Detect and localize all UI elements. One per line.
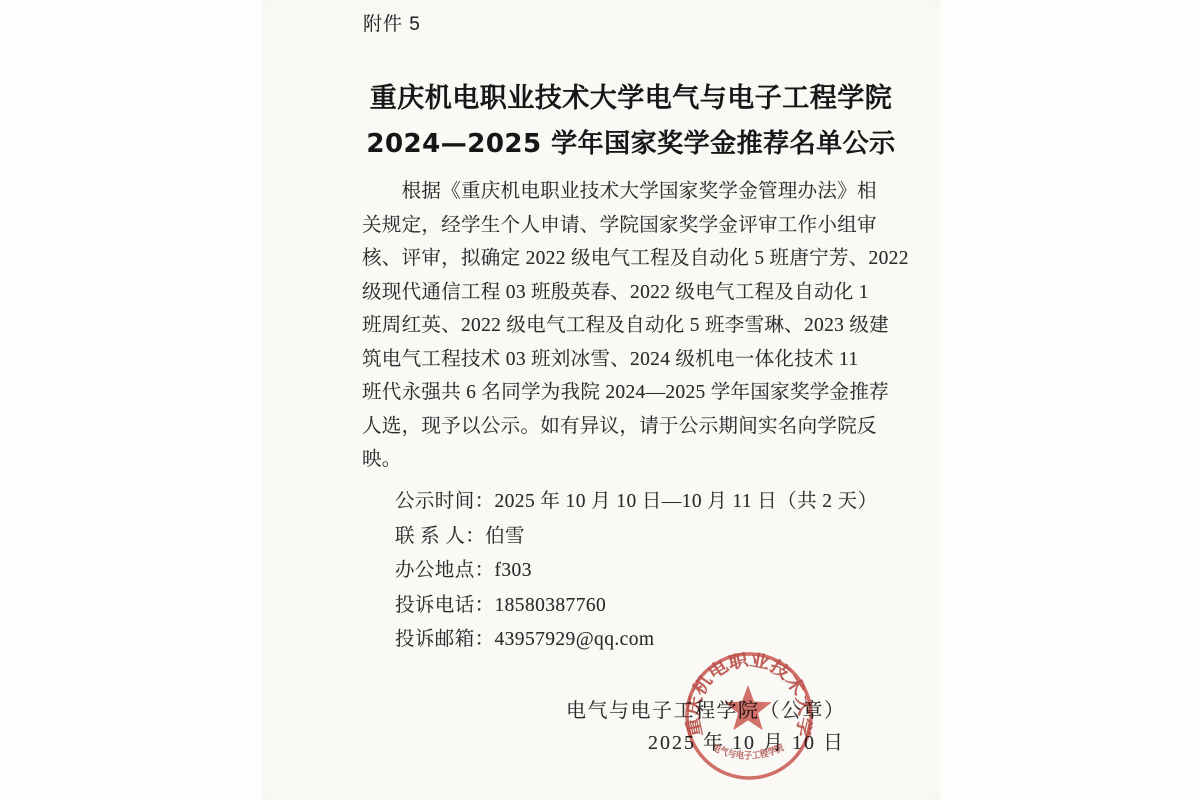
scanned-document-page: 附件 5 重庆机电职业技术大学电气与电子工程学院 2024—2025 学年国家奖… xyxy=(0,0,1200,800)
body-line: 筑电气工程技术 03 班刘冰雪、2024 级机电一体化技术 11 xyxy=(362,343,887,377)
body-line: 核、评审，拟确定 2022 级电气工程及自动化 5 班唐宁芳、2022 xyxy=(362,242,887,276)
body-line: 根据《重庆机电职业技术大学国家奖学金管理办法》相 xyxy=(362,175,887,209)
body-line: 级现代通信工程 03 班殷英春、2022 级电气工程及自动化 1 xyxy=(362,276,887,310)
attachment-label: 附件 5 xyxy=(363,9,421,36)
title-line-1: 重庆机电职业技术大学电气与电子工程学院 xyxy=(286,76,976,115)
title-line-2: 2024—2025 学年国家奖学金推荐名单公示 xyxy=(286,123,976,160)
body-line: 关规定，经学生个人申请、学院国家奖学金评审工作小组审 xyxy=(362,209,887,243)
body-line: 班代永强共 6 名同学为我院 2024—2025 学年国家奖学金推荐 xyxy=(362,376,887,410)
body-line: 映。 xyxy=(362,443,887,477)
body-paragraph: 根据《重庆机电职业技术大学国家奖学金管理办法》相关规定，经学生个人申请、学院国家… xyxy=(362,175,887,477)
seal-star xyxy=(724,685,772,730)
body-line: 人选，现予以公示。如有异议，请于公示期间实名向学院反 xyxy=(362,410,887,444)
document-title: 重庆机电职业技术大学电气与电子工程学院 2024—2025 学年国家奖学金推荐名… xyxy=(286,76,976,160)
contact-details: 公示时间：2025 年 10 月 10 日—10 月 11 日（共 2 天）联 … xyxy=(395,485,877,658)
body-line: 班周红英、2022 级电气工程及自动化 5 班李雪琳、2023 级建 xyxy=(362,309,887,343)
seal-inner-text: 电气与电子工程学院 xyxy=(710,741,786,762)
detail-line: 办公地点：f303 xyxy=(395,554,877,589)
detail-line: 公示时间：2025 年 10 月 10 日—10 月 11 日（共 2 天） xyxy=(395,485,877,520)
official-seal: 重庆机电职业技术大学 电气与电子工程学院 xyxy=(678,646,828,796)
detail-line: 投诉电话：18580387760 xyxy=(395,589,877,624)
detail-line: 联 系 人：伯雪 xyxy=(395,520,877,555)
